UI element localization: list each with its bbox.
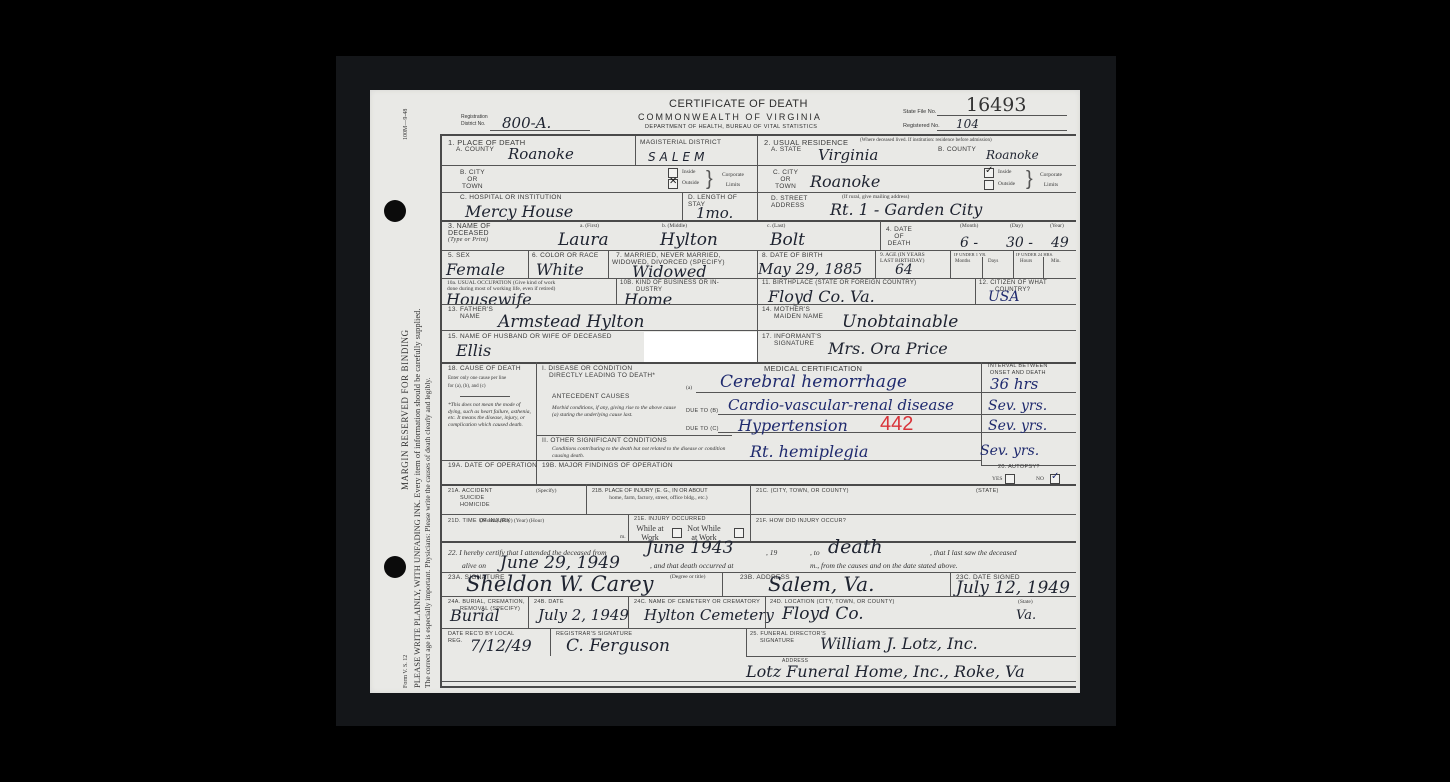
first-name-label: a. (First) bbox=[580, 223, 599, 229]
year-label: (Year) bbox=[1050, 223, 1064, 229]
divider bbox=[746, 628, 747, 656]
place-of-injury-label: 21b. PLACE OF INJURY (e. g., in or about… bbox=[592, 488, 708, 502]
cause-a: Cerebral hemorrhage bbox=[720, 372, 907, 392]
residence-county: Roanoke bbox=[986, 148, 1039, 162]
residence-city: Roanoke bbox=[810, 172, 880, 191]
county-label: a. COUNTY bbox=[456, 146, 494, 153]
autopsy-yes-checkbox[interactable] bbox=[1005, 474, 1015, 484]
autopsy-label: 20. AUTOPSY? bbox=[998, 464, 1040, 470]
age: 64 bbox=[895, 262, 913, 278]
brace: } bbox=[706, 168, 713, 191]
registrar-signature: C. Ferguson bbox=[566, 636, 670, 656]
time-columns-label: (Month) (Day) (Year) (Hour) bbox=[480, 518, 544, 524]
city-label: b. CITY OR TOWN bbox=[460, 169, 485, 190]
cause-b-interval: Sev. yrs. bbox=[988, 398, 1047, 414]
race: White bbox=[536, 260, 584, 279]
rule bbox=[442, 681, 1076, 682]
business: Home bbox=[624, 290, 672, 309]
physician-address: Salem, Va. bbox=[768, 572, 874, 596]
divider bbox=[722, 572, 723, 596]
date-of-birth-label: 8. DATE OF BIRTH bbox=[762, 252, 823, 259]
divider bbox=[1013, 250, 1014, 278]
form-top-border bbox=[440, 134, 1076, 136]
form-bottom-border bbox=[440, 686, 1076, 688]
rule bbox=[442, 330, 1076, 331]
state-file-no: 16493 bbox=[966, 94, 1026, 116]
binding-hole-bottom bbox=[384, 556, 406, 578]
commonwealth-title: COMMONWEALTH OF VIRGINIA bbox=[638, 112, 822, 122]
rule bbox=[460, 396, 510, 397]
day-label: (Day) bbox=[1010, 223, 1023, 229]
date-signed: July 12, 1949 bbox=[956, 578, 1070, 598]
injury-state-label: (STATE) bbox=[976, 488, 999, 494]
rule bbox=[442, 165, 757, 166]
death-outside-checkbox[interactable]: ✕ bbox=[668, 179, 678, 189]
morbid-note: Morbid conditions, if any, giving rise t… bbox=[552, 405, 682, 418]
residence-county-label: b. COUNTY bbox=[938, 146, 976, 153]
sex-label: 5. SEX bbox=[448, 252, 470, 259]
injury-occurred-label: 21e. INJURY OCCURRED bbox=[634, 516, 706, 522]
checkmark-icon: ✓ bbox=[1051, 471, 1059, 482]
rule bbox=[442, 192, 757, 193]
divider bbox=[528, 250, 529, 278]
divider bbox=[635, 136, 636, 165]
page-title: Certificate of Death bbox=[669, 98, 808, 110]
month-label: (Month) bbox=[960, 223, 978, 229]
other-conditions-label: II. OTHER SIGNIFICANT CONDITIONS bbox=[542, 437, 667, 444]
under-24hrs-label: IF UNDER 24 HRS. bbox=[1016, 252, 1053, 257]
burial-state-label: (State) bbox=[1018, 599, 1033, 605]
cause-a-interval: 36 hrs bbox=[990, 375, 1038, 393]
divider bbox=[1043, 257, 1044, 278]
cause-footnote: *This does not mean the mode of dying, s… bbox=[448, 402, 534, 428]
divider bbox=[880, 221, 881, 250]
residence-city-label: c. CITY OR TOWN bbox=[773, 169, 798, 190]
rule bbox=[490, 130, 590, 131]
informant-label: 17. INFORMANT'S SIGNATURE bbox=[762, 333, 822, 347]
cause-b-label: DUE TO (b) bbox=[686, 408, 718, 414]
date-of-birth: May 29, 1885 bbox=[758, 260, 862, 278]
rule bbox=[442, 278, 1076, 279]
middle-name-label: b. (Middle) bbox=[662, 223, 687, 229]
state-file-label: State File No. bbox=[903, 109, 936, 115]
hospital: Mercy House bbox=[465, 202, 573, 221]
death-certificate-page: Form V. S. 12 100M—9-48 MARGIN RESERVED … bbox=[370, 90, 1080, 693]
divider bbox=[528, 596, 529, 628]
cause-of-death-label: 18. CAUSE OF DEATH bbox=[448, 365, 521, 372]
death-month: 6 - bbox=[960, 235, 978, 251]
divider bbox=[628, 596, 629, 628]
form-number: Form V. S. 12 bbox=[403, 655, 409, 688]
divider bbox=[765, 596, 766, 628]
date-received: 7/12/49 bbox=[470, 636, 532, 655]
other-conditions-note: Conditions contributing to the death but… bbox=[552, 446, 737, 459]
cemetery: Hylton Cemetery bbox=[644, 606, 774, 624]
brace: } bbox=[1026, 168, 1033, 191]
spouse-name: Ellis bbox=[456, 341, 491, 360]
residence-outside-checkbox[interactable] bbox=[984, 180, 994, 190]
rule bbox=[442, 250, 1076, 251]
rule bbox=[937, 130, 1067, 131]
while-at-work-checkbox[interactable] bbox=[672, 528, 682, 538]
rule bbox=[442, 220, 1076, 222]
statement-last-saw: , that I last saw the deceased bbox=[930, 549, 1016, 556]
rule bbox=[442, 628, 1076, 629]
funeral-address: Lotz Funeral Home, Inc., Roke, Va bbox=[746, 662, 1025, 681]
death-year: 49 bbox=[1051, 235, 1069, 251]
last-name: Bolt bbox=[770, 230, 805, 250]
street-label: d. STREET ADDRESS bbox=[771, 195, 808, 209]
divider bbox=[550, 628, 551, 656]
accident-specify-label: (Specify) bbox=[536, 488, 556, 494]
days-label: Days bbox=[988, 259, 998, 264]
date-of-death-label: 4. DATE OF DEATH bbox=[886, 226, 912, 247]
rule bbox=[442, 484, 1076, 486]
divider bbox=[750, 484, 751, 541]
instruction-line-1: PLEASE WRITE PLAINLY, WITH UNFADING INK.… bbox=[412, 308, 422, 688]
funeral-director-label: 25. FUNERAL DIRECTOR'S SIGNATURE bbox=[750, 631, 826, 645]
rule bbox=[442, 514, 1076, 515]
form-left-border bbox=[440, 134, 442, 688]
binding-hole-top bbox=[384, 200, 406, 222]
autopsy-yes-label: YES bbox=[992, 476, 1002, 482]
alive-on-label: alive on bbox=[462, 562, 486, 569]
statement-to: , to bbox=[810, 549, 820, 556]
autopsy-no-label: NO bbox=[1036, 476, 1044, 482]
informant-signature: Mrs. Ora Price bbox=[828, 339, 948, 358]
divider bbox=[875, 250, 876, 278]
death-occurred-statement: , and that death occurred at bbox=[650, 562, 733, 569]
residence-inside-label: Inside bbox=[998, 169, 1011, 175]
birthplace-label: 11. BIRTHPLACE (State or foreign country… bbox=[762, 280, 916, 286]
registered-no: 104 bbox=[956, 117, 979, 131]
residence-outside-label: Outside bbox=[998, 181, 1015, 187]
residence-corporate-label: Corporate Limits bbox=[1040, 170, 1062, 190]
rule bbox=[442, 541, 1076, 543]
divider bbox=[616, 278, 617, 304]
operation-findings-label: 19b. MAJOR FINDINGS OF OPERATION bbox=[542, 462, 673, 469]
time-m-label: m. bbox=[620, 534, 626, 540]
residence-street: Rt. 1 - Garden City bbox=[830, 200, 982, 219]
divider bbox=[950, 572, 951, 596]
divider bbox=[975, 278, 976, 304]
last-name-label: c. (Last) bbox=[767, 223, 785, 229]
cause-c: Hypertension bbox=[738, 416, 848, 435]
cause-c-interval: Sev. yrs. bbox=[988, 418, 1047, 434]
other-conditions: Rt. hemiplegia bbox=[750, 442, 868, 461]
rule bbox=[758, 165, 1076, 166]
father-name: Armstead Hylton bbox=[498, 312, 644, 332]
degree-label: (Degree or title) bbox=[670, 574, 705, 580]
disease-condition-label: I. DISEASE OR CONDITION DIRECTLY LEADING… bbox=[542, 365, 655, 379]
name-of-deceased-label: 3. NAME OF DECEASED (Type or Print) bbox=[448, 223, 491, 244]
hours-label: Hours bbox=[1020, 259, 1032, 264]
other-conditions-interval: Sev. yrs. bbox=[980, 443, 1039, 459]
divider bbox=[608, 250, 609, 278]
cause-code: 442 bbox=[880, 413, 913, 436]
death-county: Roanoke bbox=[508, 145, 574, 163]
rule bbox=[442, 304, 1076, 305]
physician-signature: Sheldon W. Carey bbox=[466, 572, 654, 596]
father-label: 13. FATHER'S NAME bbox=[448, 306, 493, 320]
funeral-director-signature: William J. Lotz, Inc. bbox=[820, 634, 978, 653]
attended-to: death bbox=[828, 536, 883, 558]
sex: Female bbox=[446, 260, 505, 279]
rule bbox=[981, 414, 1076, 415]
mother-maiden-name: Unobtainable bbox=[842, 312, 958, 332]
print-code: 100M—9-48 bbox=[403, 109, 409, 140]
statement-19: , 19 bbox=[766, 549, 777, 556]
residence-note: (Where deceased lived. If institution: r… bbox=[860, 138, 992, 143]
instruction-line-2: The correct age is especially important.… bbox=[423, 378, 432, 688]
rule bbox=[746, 656, 1076, 657]
autopsy-no-checkbox[interactable]: ✓ bbox=[1050, 474, 1060, 484]
min-label: Min. bbox=[1051, 259, 1061, 264]
first-name: Laura bbox=[558, 230, 609, 250]
rule bbox=[718, 414, 981, 415]
cause-a-label: (a) bbox=[686, 385, 692, 391]
how-injury-label: 21f. HOW DID INJURY OCCUR? bbox=[756, 518, 846, 524]
burial-date-label: 24b. DATE bbox=[534, 599, 564, 605]
residence-state: Virginia bbox=[818, 146, 878, 164]
redacted-region bbox=[644, 332, 758, 363]
divider bbox=[757, 330, 758, 363]
attended-from: June 1943 bbox=[646, 538, 733, 558]
department-title: DEPARTMENT OF HEALTH, BUREAU OF VITAL ST… bbox=[645, 124, 817, 130]
operation-date-label: 19a. DATE OF OPERATION bbox=[448, 462, 537, 469]
registered-no-label: Registered No. bbox=[903, 123, 940, 129]
not-while-at-work-checkbox[interactable] bbox=[734, 528, 744, 538]
citizen: USA bbox=[988, 289, 1020, 305]
burial-state: Va. bbox=[1016, 608, 1036, 623]
rule bbox=[937, 115, 1067, 116]
accident-label: 21a. ACCIDENT SUICIDE HOMICIDE bbox=[448, 488, 493, 509]
race-label: 6. COLOR OR RACE bbox=[532, 252, 599, 259]
cause-note: Enter only one cause per line for (a), (… bbox=[448, 375, 506, 391]
hospital-label: c. HOSPITAL OR INSTITUTION bbox=[460, 194, 562, 201]
antecedent-label: ANTECEDENT CAUSES bbox=[552, 393, 630, 400]
months-label: Months bbox=[955, 259, 970, 264]
mother-label: 14. MOTHER'S MAIDEN NAME bbox=[762, 306, 823, 320]
rule bbox=[696, 392, 981, 393]
cause-b: Cardio-vascular-renal disease bbox=[728, 396, 954, 414]
burial-type: Burial bbox=[450, 606, 499, 625]
registration-district-label: Registration District No. bbox=[461, 114, 488, 128]
divider bbox=[586, 484, 587, 514]
causes-statement: m., from the causes and on the date stat… bbox=[810, 562, 958, 569]
divider bbox=[950, 250, 951, 278]
corporate-limits-label: Corporate Limits bbox=[722, 170, 744, 190]
checkmark-icon: ✕ bbox=[669, 176, 677, 187]
magisterial-district: SALEM bbox=[648, 150, 708, 164]
death-inside-label: Inside bbox=[682, 169, 695, 175]
divider bbox=[982, 257, 983, 278]
last-seen-date: June 29, 1949 bbox=[500, 553, 620, 573]
rule bbox=[442, 460, 982, 461]
residence-state-label: a. STATE bbox=[771, 146, 801, 153]
spouse-label: 15. NAME OF HUSBAND OR WIFE OF DECEASED bbox=[448, 333, 612, 340]
residence-inside-checkbox[interactable]: ✓ bbox=[984, 168, 994, 178]
rule bbox=[536, 435, 732, 436]
divider bbox=[682, 192, 683, 220]
magisterial-district-label: MAGISTERIAL DISTRICT bbox=[640, 139, 721, 146]
divider bbox=[628, 514, 629, 541]
burial-location: Floyd Co. bbox=[782, 604, 864, 624]
middle-name: Hylton bbox=[660, 230, 718, 250]
burial-date: July 2, 1949 bbox=[538, 606, 629, 624]
rule bbox=[758, 192, 1076, 193]
death-day: 30 - bbox=[1006, 235, 1033, 251]
checkmark-icon: ✓ bbox=[985, 165, 993, 176]
divider bbox=[757, 136, 758, 220]
cause-c-label: DUE TO (c) bbox=[686, 426, 719, 432]
rule bbox=[442, 596, 1076, 597]
cemetery-label: 24c. NAME OF CEMETERY OR CREMATORY bbox=[634, 599, 760, 605]
death-outside-label: Outside bbox=[682, 180, 699, 186]
injury-city-label: 21c. (CITY, TOWN, OR COUNTY) bbox=[756, 488, 849, 494]
binding-margin-label: MARGIN RESERVED FOR BINDING bbox=[400, 329, 410, 490]
